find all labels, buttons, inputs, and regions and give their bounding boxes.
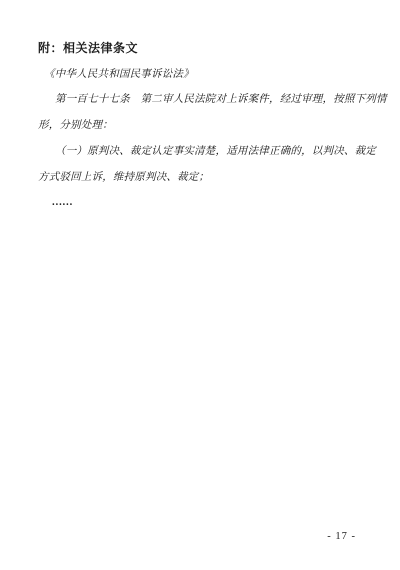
- article-line-2: 形，分别处理：: [38, 113, 364, 139]
- document-page: 附：相关法律条文 《中华人民共和国民事诉讼法》 第一百七十七条 第二审人民法院对…: [0, 0, 400, 570]
- document-body: 附：相关法律条文 《中华人民共和国民事诉讼法》 第一百七十七条 第二审人民法院对…: [38, 36, 364, 216]
- attachment-heading: 附：相关法律条文: [38, 36, 364, 62]
- article-line-1: 第一百七十七条 第二审人民法院对上诉案件，经过审理，按照下列情: [55, 87, 364, 113]
- page-number: - 17 -: [327, 531, 356, 542]
- clause-line-2: 方式驳回上诉，维持原判决、裁定；: [38, 165, 364, 191]
- ellipsis-line: ……: [52, 190, 364, 216]
- law-title: 《中华人民共和国民事诉讼法》: [44, 62, 364, 88]
- clause-line-1: （一）原判决、裁定认定事实清楚，适用法律正确的，以判决、裁定: [55, 139, 364, 165]
